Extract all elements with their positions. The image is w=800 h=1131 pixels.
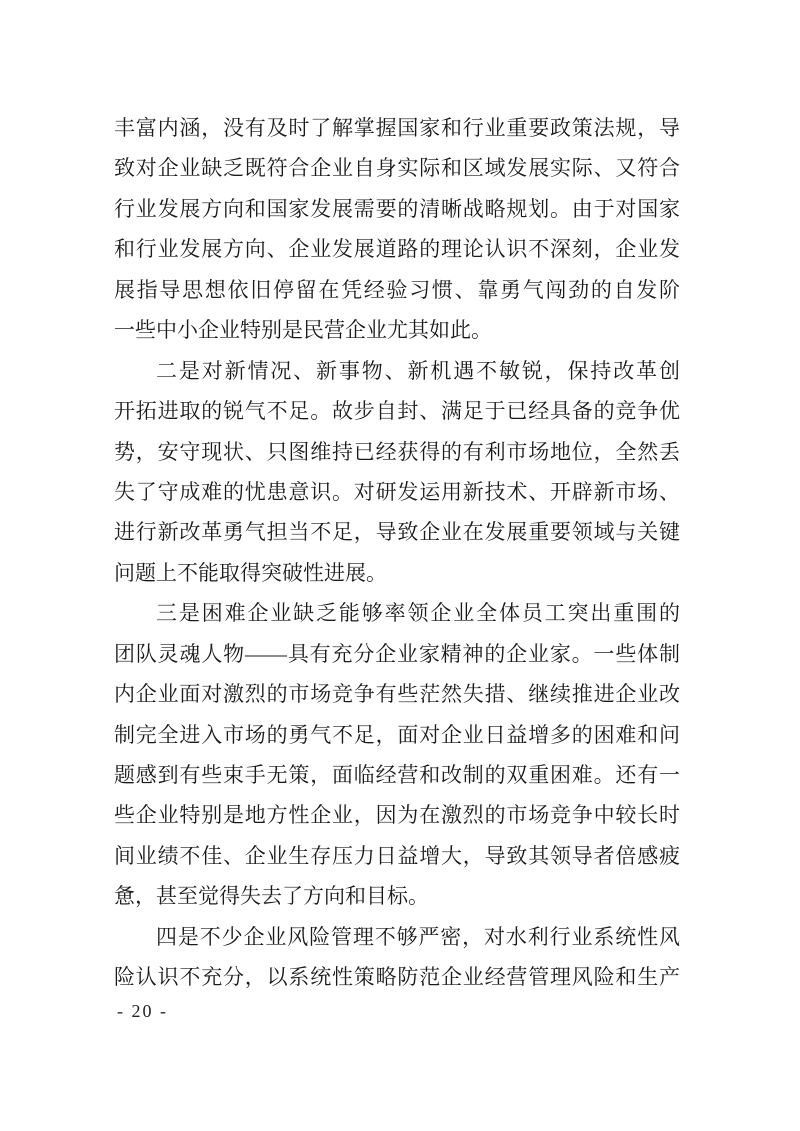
text-line: 间业绩不佳、企业生存压力日益增大，导致其领导者倍感疲 — [114, 836, 680, 876]
paragraph: 丰富内涵，没有及时了解掌握国家和行业重要政策法规，导 致对企业缺乏既符合企业自身… — [114, 108, 680, 351]
text-line: 题感到有些束手无策，面临经营和改制的双重困难。还有一 — [114, 755, 680, 795]
text-line: 失了守成难的忧患意识。对研发运用新技术、开辟新市场、 — [114, 472, 680, 512]
text-line: 险认识不充分，以系统性策略防范企业经营管理风险和生产 — [114, 957, 680, 997]
text-line: 和行业发展方向、企业发展道路的理论认识不深刻，企业发 — [114, 229, 680, 269]
page-number: - 20 - — [117, 999, 168, 1023]
text-line: 些企业特别是地方性企业，因为在激烈的市场竞争中较长时 — [114, 795, 680, 835]
text-line: 制完全进入市场的勇气不足，面对企业日益增多的困难和问 — [114, 715, 680, 755]
page-body-text: 丰富内涵，没有及时了解掌握国家和行业重要政策法规，导 致对企业缺乏既符合企业自身… — [114, 108, 680, 998]
text-line: 致对企业缺乏既符合企业自身实际和区域发展实际、又符合 — [114, 148, 680, 188]
text-line: 二是对新情况、新事物、新机遇不敏锐，保持改革创新、 — [114, 351, 680, 391]
text-line: 丰富内涵，没有及时了解掌握国家和行业重要政策法规，导 — [114, 108, 680, 148]
text-line: 内企业面对激烈的市场竞争有些茫然失措、继续推进企业改 — [114, 674, 680, 714]
paragraph: 四是不少企业风险管理不够严密，对水利行业系统性风 险认识不充分，以系统性策略防范… — [114, 917, 680, 998]
text-line: 惫，甚至觉得失去了方向和目标。 — [114, 876, 680, 916]
text-line: 三是困难企业缺乏能够率领企业全体员工突出重围的 — [114, 593, 680, 633]
text-line: 行业发展方向和国家发展需要的清晰战略规划。由于对国家 — [114, 189, 680, 229]
text-line: 团队灵魂人物——具有充分企业家精神的企业家。一些体制 — [114, 634, 680, 674]
text-line: 展指导思想依旧停留在凭经验习惯、靠勇气闯劲的自发阶段， — [114, 270, 680, 310]
text-line: 问题上不能取得突破性进展。 — [114, 553, 680, 593]
text-line: 势，安守现状、只图维持已经获得的有利市场地位，全然丢 — [114, 432, 680, 472]
text-line: 进行新改革勇气担当不足，导致企业在发展重要领域与关键 — [114, 512, 680, 552]
paragraph: 二是对新情况、新事物、新机遇不敏锐，保持改革创新、 开拓进取的锐气不足。故步自封… — [114, 351, 680, 594]
text-line: 开拓进取的锐气不足。故步自封、满足于已经具备的竞争优 — [114, 391, 680, 431]
document-page: 丰富内涵，没有及时了解掌握国家和行业重要政策法规，导 致对企业缺乏既符合企业自身… — [0, 0, 800, 1131]
text-line: 四是不少企业风险管理不够严密，对水利行业系统性风 — [114, 917, 680, 957]
text-line: 一些中小企业特别是民营企业尤其如此。 — [114, 310, 680, 350]
paragraph: 三是困难企业缺乏能够率领企业全体员工突出重围的 团队灵魂人物——具有充分企业家精… — [114, 593, 680, 917]
